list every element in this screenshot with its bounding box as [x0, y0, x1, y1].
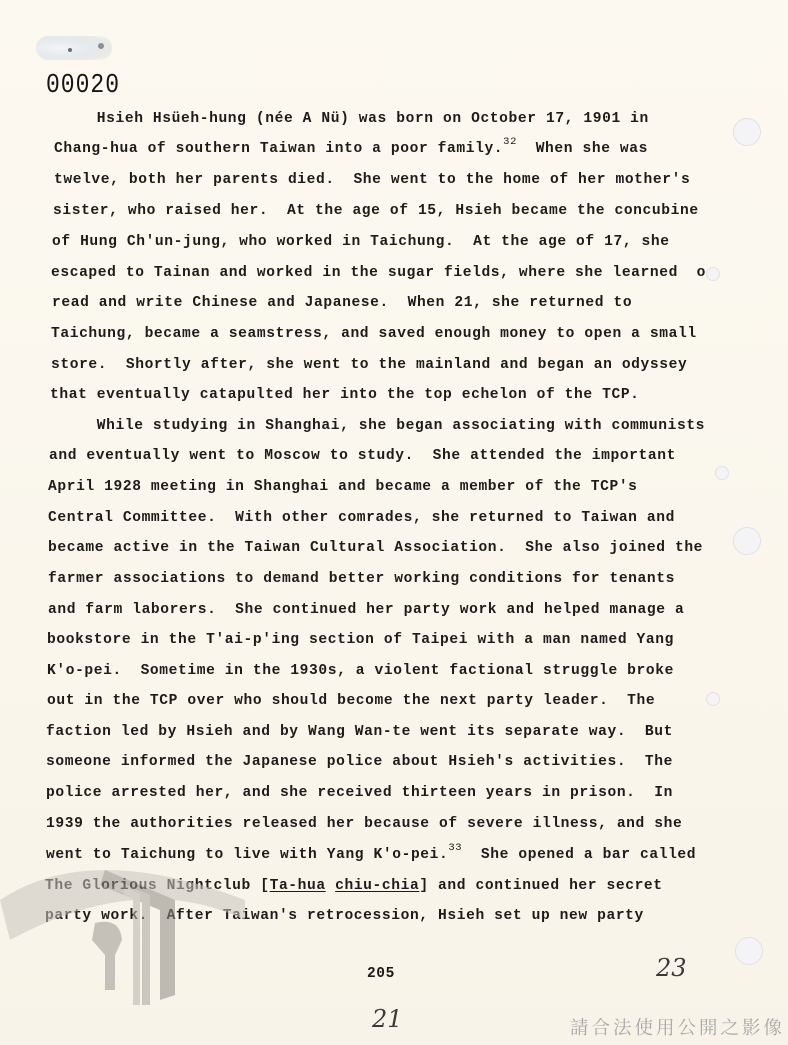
footnote-marker: 33 — [448, 842, 462, 854]
text-line: twelve, both her parents died. She went … — [54, 171, 690, 189]
text-line: out in the TCP over who should become th… — [47, 692, 655, 710]
text-line: Chang-hua of southern Taiwan into a poor… — [54, 140, 648, 158]
document-page: 00020 Hsieh Hsüeh-hung (née A Nü) was bo… — [0, 0, 788, 1045]
text-line: and farm laborers. She continued her par… — [48, 601, 684, 619]
text-line: sister, who raised her. At the age of 15… — [53, 202, 699, 220]
text-line: Taichung, became a seamstress, and saved… — [51, 325, 697, 343]
text-line: K'o-pei. Sometime in the 1930s, a violen… — [47, 662, 674, 680]
text-line: bookstore in the T'ai-p'ing section of T… — [47, 631, 674, 649]
text-line: became active in the Taiwan Cultural Ass… — [48, 539, 703, 557]
punch-hole-icon — [715, 466, 729, 480]
punch-hole-icon — [706, 267, 720, 281]
text-line: police arrested her, and she received th… — [46, 784, 673, 802]
text-line: Central Committee. With other comrades, … — [48, 509, 675, 527]
page-number: 205 — [367, 966, 395, 982]
text-line: faction led by Hsieh and by Wang Wan-te … — [46, 723, 673, 741]
text-line: Hsieh Hsüeh-hung (née A Nü) was born on … — [50, 110, 649, 128]
text-line: and eventually went to Moscow to study. … — [49, 447, 676, 465]
handwritten-mark-21: 21 — [372, 1005, 403, 1033]
text-line: of Hung Ch'un-jung, who worked in Taichu… — [52, 233, 670, 251]
punch-hole-icon — [733, 118, 761, 146]
romanized-term: Ta-hua — [270, 878, 326, 894]
usage-watermark: 請合法使用公開之影像 — [570, 1014, 785, 1040]
footnote-marker: 32 — [503, 136, 517, 148]
text-line: April 1928 meeting in Shanghai and becam… — [48, 478, 638, 496]
text-line: that eventually catapulted her into the … — [50, 386, 640, 404]
text-line: While studying in Shanghai, she began as… — [50, 417, 705, 435]
text-line: escaped to Tainan and worked in the suga… — [51, 264, 706, 282]
text-line: farmer associations to demand better wor… — [48, 570, 675, 588]
punch-hole-icon — [733, 527, 761, 555]
archive-logo-watermark-icon — [0, 845, 250, 1005]
text-line: read and write Chinese and Japanese. Whe… — [52, 294, 632, 312]
punch-hole-icon — [735, 937, 763, 965]
text-line: someone informed the Japanese police abo… — [46, 753, 673, 771]
document-number: 00020 — [46, 70, 120, 100]
romanized-term: chiu-chia — [335, 878, 419, 894]
ink-smudge — [36, 36, 112, 60]
handwritten-mark-23: 23 — [656, 954, 687, 982]
text-line: store. Shortly after, she went to the ma… — [51, 356, 687, 374]
text-line: 1939 the authorities released her becaus… — [46, 815, 682, 833]
punch-hole-icon — [706, 692, 720, 706]
